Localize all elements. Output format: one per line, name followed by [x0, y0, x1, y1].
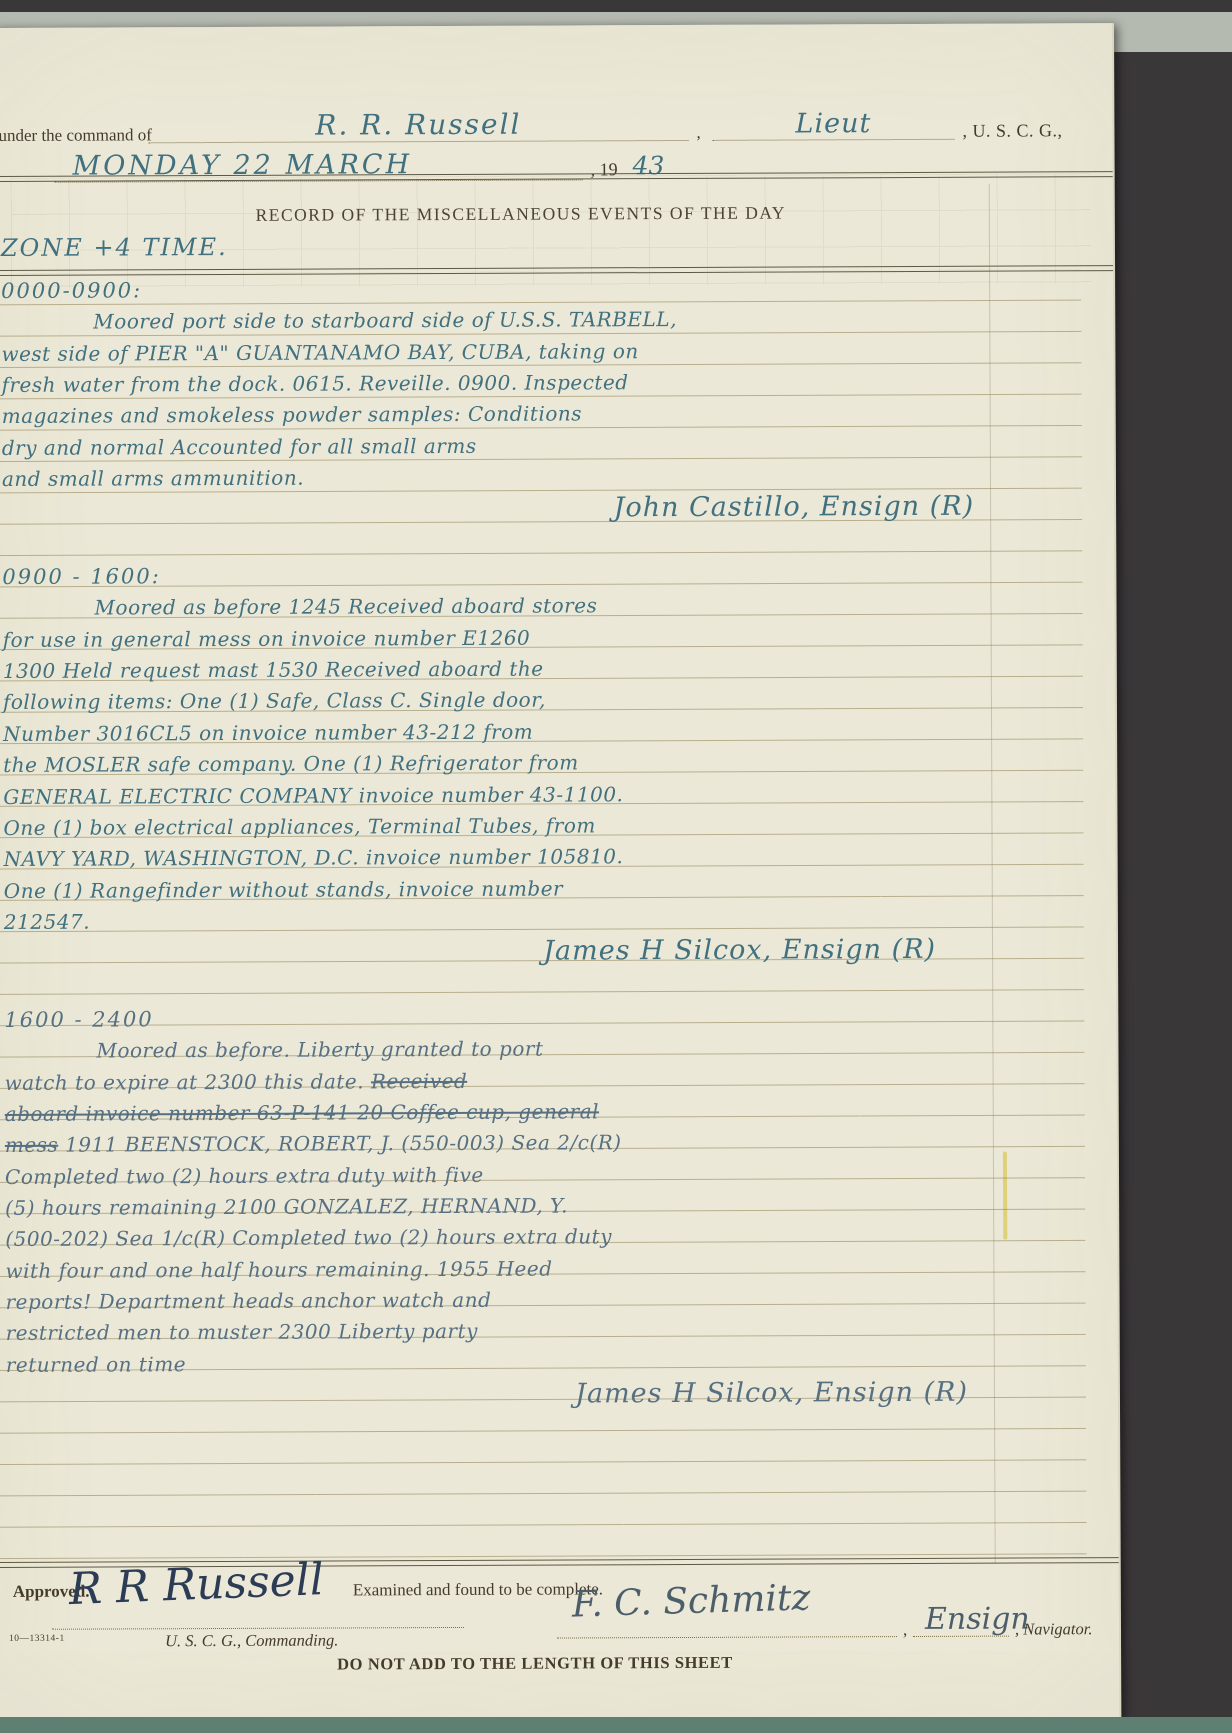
- entry-1-signature: John Castillo, Ensign (R): [614, 491, 975, 524]
- entry-3-time-heading: 1600 - 2400: [4, 1000, 1086, 1036]
- log-sheet: under the command of R. R. Russell , Lie…: [0, 23, 1119, 1726]
- time-zone-note: ZONE +4 TIME.: [1, 233, 228, 262]
- entry-3-body: Moored as before. Liberty granted to por…: [4, 1031, 1087, 1380]
- command-prefix-label: under the command of: [0, 125, 152, 146]
- navigator-signature-rule: [557, 1636, 897, 1638]
- entry-3-body-after: 1911 BEENSTOCK, ROBERT, J. (550-003) Sea…: [5, 1131, 622, 1377]
- navigator-label: , Navigator.: [1015, 1619, 1093, 1639]
- rank-blank: Lieut: [712, 108, 954, 141]
- service-label: , U. S. C. G.,: [962, 120, 1062, 141]
- rank-handwriting: Lieut: [795, 108, 871, 139]
- entry-2-signature-line: James H Silcox, Ensign (R): [4, 933, 1086, 973]
- comma-separator: ,: [696, 123, 700, 143]
- entry-1-body: Moored port side to starboard side of U.…: [1, 303, 1084, 496]
- entry-3-signature-line: James H Silcox, Ensign (R): [6, 1376, 1088, 1416]
- commanding-officer-signature: R R Russell: [68, 1554, 325, 1615]
- scanned-logbook-page: under the command of R. R. Russell , Lie…: [0, 0, 1232, 1733]
- form-number: 10—13314-1: [9, 1634, 65, 1644]
- navigator-signature: F. C. Schmitz: [571, 1577, 811, 1625]
- book-bottom-edge: [0, 1717, 1232, 1733]
- commander-name-handwriting: R. R. Russell: [315, 108, 521, 142]
- page-title: RECORD OF THE MISCELLANEOUS EVENTS OF TH…: [51, 202, 991, 227]
- do-not-add-warning: DO NOT ADD TO THE LENGTH OF THIS SHEET: [337, 1653, 733, 1675]
- entry-1-time-heading: 0000-0900:: [1, 271, 1083, 307]
- ruled-writing-area: 0000-0900: Moored port side to starboard…: [0, 269, 1119, 1562]
- entry-2-body: Moored as before 1245 Received aboard st…: [2, 589, 1085, 938]
- blank-ruled-line: [4, 969, 1086, 1005]
- examined-label: Examined and found to be complete.: [353, 1579, 603, 1600]
- commanding-label: U. S. C. G., Commanding.: [165, 1630, 338, 1651]
- entry-2-signature: James H Silcox, Ensign (R): [543, 934, 936, 967]
- entry-3-signature: James H Silcox, Ensign (R): [575, 1377, 968, 1410]
- entry-2-time-heading: 0900 - 1600:: [2, 557, 1084, 593]
- blank-ruled-line: [2, 526, 1084, 562]
- commanding-signature-rule: [52, 1627, 464, 1630]
- navigator-rank-rule: [913, 1636, 1009, 1637]
- entry-1-signature-line: John Castillo, Ensign (R): [2, 491, 1084, 531]
- footer-comma: ,: [903, 1620, 907, 1640]
- commander-name-blank: R. R. Russell: [148, 107, 688, 143]
